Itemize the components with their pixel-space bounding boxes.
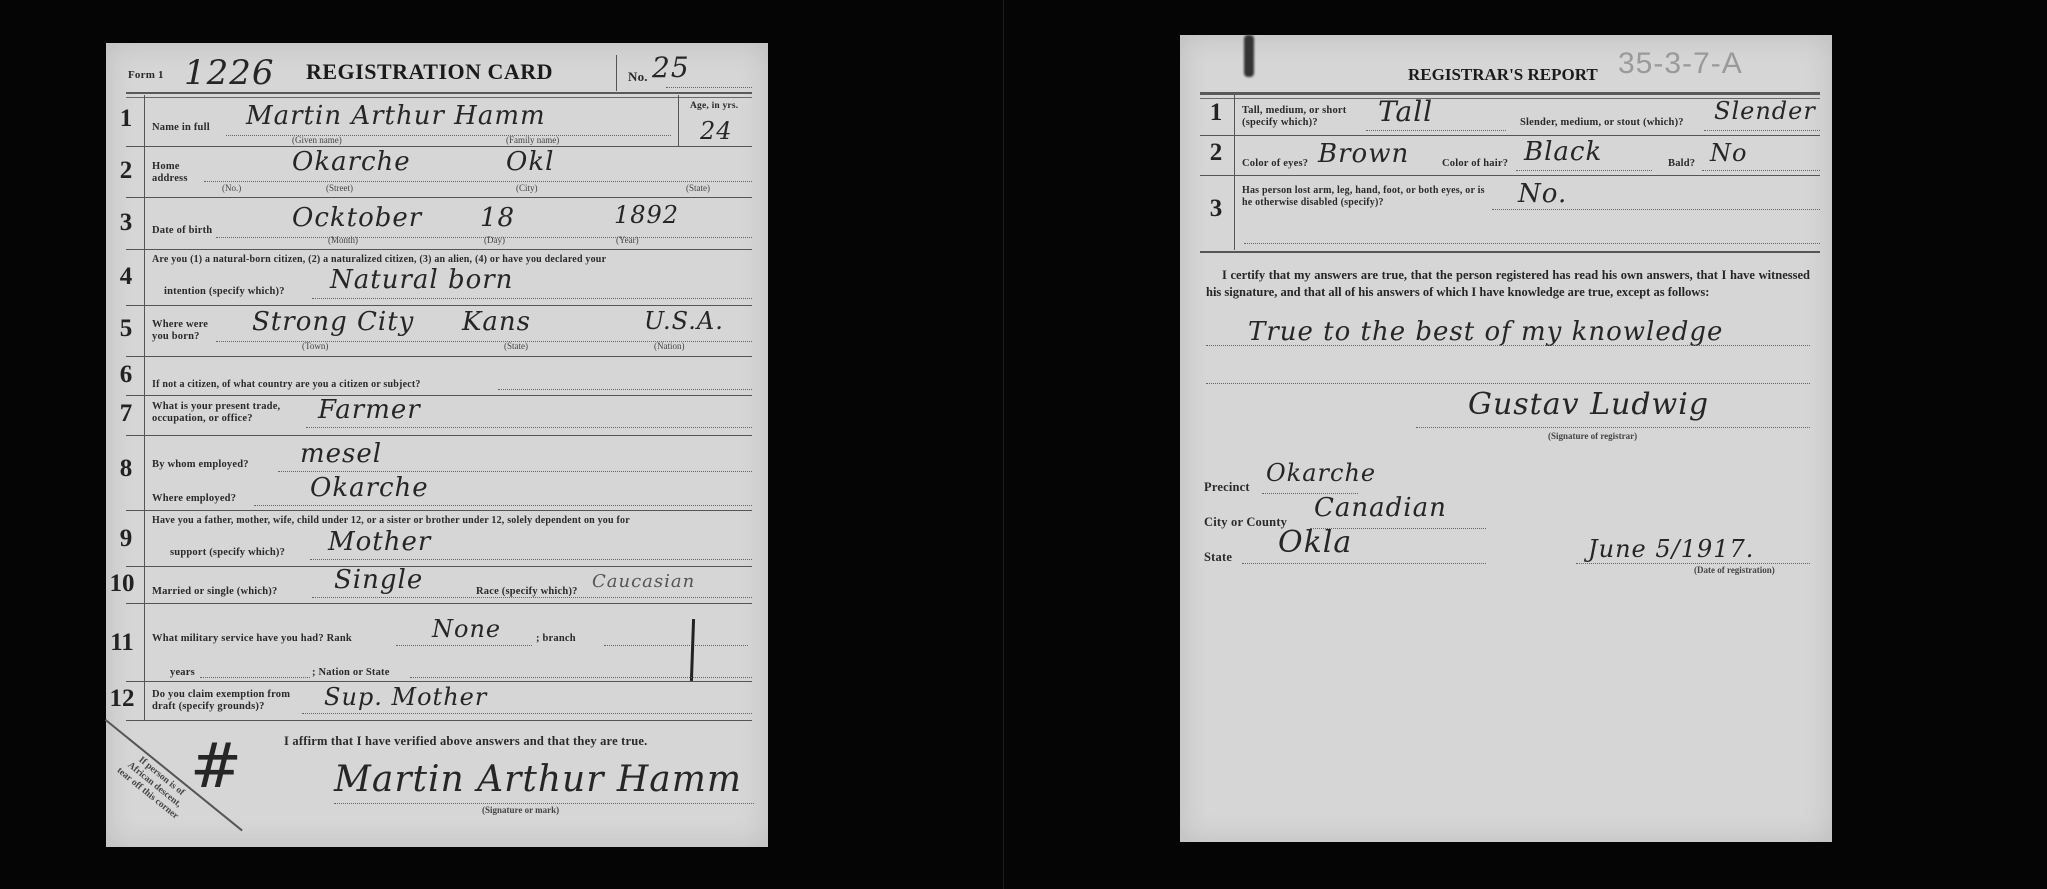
county-label: City or County xyxy=(1204,516,1287,528)
name-label: Name in full xyxy=(152,122,210,134)
registrar-signature-caption: (Signature of registrar) xyxy=(1548,431,1637,441)
birth-month-value: Ocktober xyxy=(292,203,422,233)
row-number: 5 xyxy=(108,315,144,343)
bald-label: Bald? xyxy=(1668,158,1695,170)
exception-value: True to the best of my knowledge xyxy=(1248,317,1723,347)
employer-dotted-line xyxy=(278,471,752,472)
dependents-value: Mother xyxy=(328,527,431,557)
occupation-value: Farmer xyxy=(318,395,421,425)
row-divider xyxy=(126,305,752,306)
exception-dotted-line-2 xyxy=(1206,383,1810,384)
family-name-caption: (Family name) xyxy=(506,135,559,145)
row-divider xyxy=(126,681,752,682)
row-number: 3 xyxy=(108,209,144,237)
foreign-citizen-label: If not a citizen, of what country are yo… xyxy=(152,379,421,391)
birth-state-value: Kans xyxy=(462,307,531,337)
branch-label: ; branch xyxy=(536,633,576,645)
intention-label: intention (specify which)? xyxy=(164,286,285,298)
years-dotted-line xyxy=(200,677,310,678)
age-label: Age, in yrs. xyxy=(690,100,738,112)
row-number: 3 xyxy=(1198,195,1234,223)
address-state-value: Okl xyxy=(506,147,554,177)
street-caption: (Street) xyxy=(326,183,353,193)
marital-status-label: Married or single (which)? xyxy=(152,586,277,598)
marital-dotted-line xyxy=(312,597,752,598)
registrars-report-card: REGISTRAR'S REPORT 35-3-7-A 1 Tall, medi… xyxy=(1180,35,1832,842)
serial-number: 1226 xyxy=(184,53,275,93)
occupation-label: What is your present trade, occupation, … xyxy=(152,401,292,425)
dependents-question: Have you a father, mother, wife, child u… xyxy=(152,515,630,527)
registrant-signature: Martin Arthur Hamm xyxy=(334,759,742,800)
state-caption: (State) xyxy=(504,341,528,351)
bald-value: No xyxy=(1710,139,1747,167)
marital-status-value: Single xyxy=(334,565,423,595)
employment-place-label: Where employed? xyxy=(152,493,236,505)
row-number: 1 xyxy=(108,105,144,133)
height-label: Tall, medium, or short (specify which)? xyxy=(1242,105,1372,129)
build-dotted-line xyxy=(1704,130,1820,131)
age-value: 24 xyxy=(700,117,733,145)
exemption-label: Do you claim exemption from draft (speci… xyxy=(152,689,302,713)
race-value: Caucasian xyxy=(592,571,695,592)
height-dotted-line xyxy=(1366,130,1506,131)
number-column-divider xyxy=(1234,95,1235,250)
precinct-value: Okarche xyxy=(1266,459,1376,487)
registration-card: Form 1 1226 REGISTRATION CARD No. 25 1 N… xyxy=(106,43,768,847)
bald-dotted-line xyxy=(1702,170,1820,171)
exemption-value: Sup. Mother xyxy=(324,683,487,711)
given-name-caption: (Given name) xyxy=(292,135,342,145)
employer-value: mesel xyxy=(300,439,382,469)
occupation-dotted-line xyxy=(306,427,752,428)
height-value: Tall xyxy=(1378,95,1433,128)
no-caption: (No.) xyxy=(222,183,241,193)
state-value: Okla xyxy=(1278,525,1352,560)
military-service-label: What military service have you had? Rank xyxy=(152,633,352,645)
employment-place-value: Okarche xyxy=(310,473,429,503)
nation-state-dotted-line xyxy=(410,677,752,678)
build-label: Slender, medium, or stout (which)? xyxy=(1520,117,1684,129)
eye-color-label: Color of eyes? xyxy=(1242,158,1308,170)
header-rule xyxy=(126,92,752,98)
no-label: No. xyxy=(628,71,648,83)
county-value: Canadian xyxy=(1314,493,1447,523)
card-title: REGISTRATION CARD xyxy=(306,59,553,85)
precinct-label: Precinct xyxy=(1204,481,1250,493)
state-label: State xyxy=(1204,551,1232,563)
hair-color-label: Color of hair? xyxy=(1442,158,1508,170)
row-divider xyxy=(126,720,752,721)
build-value: Slender xyxy=(1714,97,1816,125)
row-number: 2 xyxy=(1198,139,1234,167)
row-number: 7 xyxy=(108,400,144,428)
years-label: years xyxy=(170,667,195,679)
scan-panel-seam xyxy=(1003,0,1004,889)
certification-text: I certify that my answers are true, that… xyxy=(1206,267,1810,301)
row-divider xyxy=(126,146,752,147)
address-city-value: Okarche xyxy=(292,147,411,177)
row-number: 11 xyxy=(104,629,140,657)
ink-smudge xyxy=(1244,35,1254,77)
nation-caption: (Nation) xyxy=(654,341,685,351)
row-divider xyxy=(126,395,752,396)
signature-caption: (Signature or mark) xyxy=(482,805,559,815)
citizenship-value: Natural born xyxy=(330,265,513,295)
birth-nation-value: U.S.A. xyxy=(644,307,724,335)
day-caption: (Day) xyxy=(484,235,505,245)
registrar-signature: Gustav Ludwig xyxy=(1468,387,1709,422)
rank-dotted-line xyxy=(396,645,532,646)
birth-year-value: 1892 xyxy=(614,201,679,229)
town-caption: (Town) xyxy=(302,341,328,351)
row-number: 2 xyxy=(108,157,144,185)
header-divider xyxy=(616,55,617,91)
registration-date: June 5/1917. xyxy=(1588,535,1754,563)
row-divider xyxy=(126,197,752,198)
name-value: Martin Arthur Hamm xyxy=(246,101,546,131)
report-title: REGISTRAR'S REPORT xyxy=(1408,65,1598,85)
exception-dotted-line xyxy=(1206,345,1810,346)
file-stamp: 35-3-7-A xyxy=(1618,47,1743,81)
disability-value: No. xyxy=(1518,179,1567,209)
disability-dotted-line-2 xyxy=(1244,243,1820,244)
home-address-label: Home address xyxy=(152,161,192,185)
birthplace-label: Where were you born? xyxy=(152,319,212,343)
exemption-dotted-line xyxy=(302,713,752,714)
birth-town-value: Strong City xyxy=(252,307,414,337)
row-divider xyxy=(126,249,752,250)
age-column-divider xyxy=(678,95,679,146)
pen-stroke-mark xyxy=(690,619,695,681)
row-divider xyxy=(1200,175,1820,176)
eye-color-value: Brown xyxy=(1318,139,1409,169)
date-caption: (Date of registration) xyxy=(1694,565,1775,575)
date-dotted-line xyxy=(1576,563,1810,564)
city-caption: (City) xyxy=(516,183,538,193)
branch-dotted-line xyxy=(604,645,748,646)
address-dotted-line xyxy=(204,181,752,182)
row-divider xyxy=(1200,251,1820,253)
employer-label: By whom employed? xyxy=(152,459,249,471)
citizenship-dotted-line xyxy=(312,298,752,299)
row-divider xyxy=(126,435,752,436)
state-caption: (State) xyxy=(686,183,710,193)
month-caption: (Month) xyxy=(328,235,358,245)
support-label: support (specify which)? xyxy=(170,547,285,559)
nation-or-state-label: ; Nation or State xyxy=(312,667,390,679)
no-dotted-line xyxy=(666,87,752,88)
date-of-birth-label: Date of birth xyxy=(152,225,212,237)
support-dotted-line xyxy=(310,559,752,560)
row-number: 8 xyxy=(108,455,144,483)
hair-color-value: Black xyxy=(1524,137,1602,167)
hair-dotted-line xyxy=(1516,170,1652,171)
row-number: 10 xyxy=(104,570,140,598)
row-divider xyxy=(126,356,752,357)
form-label: Form 1 xyxy=(128,69,164,81)
signature-dotted-line xyxy=(334,803,754,804)
row-number: 4 xyxy=(108,263,144,291)
row-divider xyxy=(126,603,752,604)
row-number: 6 xyxy=(108,361,144,389)
year-caption: (Year) xyxy=(616,235,639,245)
affirmation-text: I affirm that I have verified above answ… xyxy=(284,735,647,747)
rank-value: None xyxy=(432,615,501,643)
number-column-divider xyxy=(144,95,145,720)
registrar-signature-line xyxy=(1416,427,1810,428)
no-value: 25 xyxy=(652,51,690,84)
row-divider xyxy=(126,510,752,511)
row-number: 12 xyxy=(104,685,140,713)
birth-day-value: 18 xyxy=(480,203,515,233)
state-dotted-line xyxy=(1242,563,1486,564)
foreign-citizen-dotted-line xyxy=(498,389,752,390)
employment-place-dotted-line xyxy=(254,505,752,506)
row-divider xyxy=(1200,135,1820,136)
row-number: 9 xyxy=(108,525,144,553)
disability-dotted-line xyxy=(1492,209,1820,210)
disability-label: Has person lost arm, leg, hand, foot, or… xyxy=(1242,185,1487,209)
row-number: 1 xyxy=(1198,99,1234,127)
mark-symbol: # xyxy=(190,729,243,802)
row-divider xyxy=(126,566,752,567)
